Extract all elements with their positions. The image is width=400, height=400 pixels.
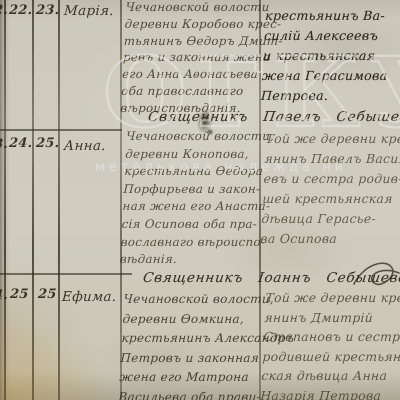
handwritten-line: жена его Матрона	[119, 368, 262, 388]
handwritten-line: крестьянинъ Александръ	[121, 329, 264, 349]
margin-number: 3.	[0, 137, 9, 152]
handwritten-line: родившей крестьян-	[262, 347, 400, 367]
male-entry-number: 25	[10, 287, 29, 302]
handwritten-line: Порфирьева и закон-	[123, 181, 264, 199]
godparents-text-column: Той же деревни крест-янинъ ДмитрійСтепан…	[260, 288, 400, 400]
parents-text-column: Чечановской волости,деревни Ѳомкина,крес…	[118, 290, 266, 400]
column-rule-left-edge	[4, 0, 6, 400]
baptism-name: Анна.	[64, 138, 107, 154]
handwritten-line: деревни Коробово крес-	[124, 16, 265, 33]
handwritten-line: ная жена его Анаста-	[122, 198, 263, 216]
archive-watermark: ОГКУ	[103, 36, 400, 149]
parents-text-column: Чечановской волости,деревни Конопова,кре…	[119, 128, 266, 269]
owner-watermark: метелькова надежда ни	[95, 160, 347, 175]
column-rule-female-no	[58, 0, 60, 400]
handwritten-line: ская дѣвица Анна	[261, 366, 400, 386]
handwritten-line: дѣвица Герасье-	[261, 209, 400, 229]
handwritten-line: Васильева оба прави-	[118, 388, 261, 400]
margin-number: 2.	[0, 3, 9, 18]
handwritten-line: ва Осипова	[260, 229, 400, 249]
male-entry-number: 22.	[9, 3, 33, 18]
female-entry-number: 25	[38, 287, 57, 302]
handwritten-line: вославнаго вѣроиспо-	[120, 234, 261, 252]
baptism-name: Ефима.	[62, 289, 117, 305]
handwritten-line: янинъ Дмитрій	[264, 308, 400, 328]
male-entry-number: 24.	[9, 136, 33, 151]
handwritten-line: вѣданія.	[119, 251, 260, 269]
column-rule-male-no	[32, 0, 34, 400]
handwritten-line: Той же деревни крест-	[265, 288, 400, 308]
baptism-name: Марія.	[64, 3, 115, 19]
handwritten-line: Чечановской волости,	[123, 290, 266, 310]
handwritten-line: крестьянинъ Ва-	[265, 6, 400, 26]
margin-number: 4.	[0, 288, 9, 303]
handwritten-line: деревни Ѳомкина,	[122, 310, 265, 330]
handwritten-line: Чечановской волости	[125, 0, 266, 16]
handwritten-line: Назарія Петрова	[260, 386, 400, 400]
handwritten-line: шей крестьянская	[262, 189, 400, 209]
female-entry-number: 23.	[36, 3, 60, 18]
handwritten-line: Петровъ и законная	[120, 349, 263, 369]
metric-book-scan: 2. 22. 23. Марія. Чечановской волостидер…	[0, 0, 400, 400]
row-separator-2	[0, 273, 132, 275]
handwritten-line: сія Осипова оба пра-	[121, 216, 262, 234]
handwritten-line: Степановъ и сестра	[263, 327, 400, 347]
female-entry-number: 25.	[36, 136, 60, 151]
